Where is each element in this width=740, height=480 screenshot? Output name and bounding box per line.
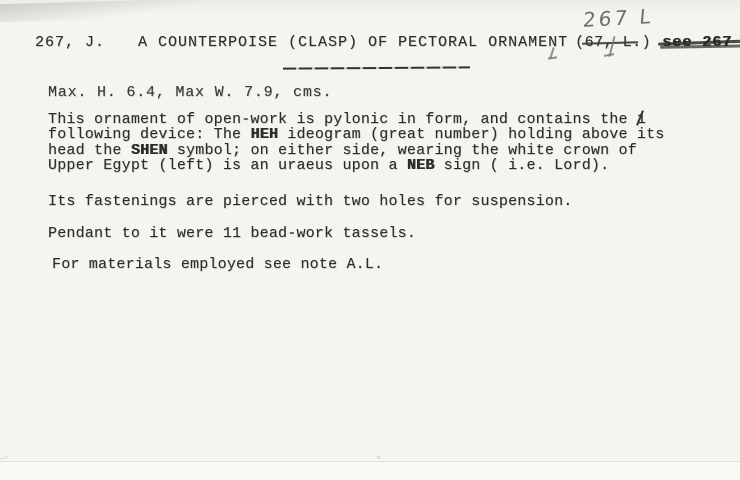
note-materials: For materials employed see note A.L. [52, 256, 383, 273]
pencil-mark [548, 56, 557, 59]
header-line: 267, J.A COUNTERPOISE (CLASP) OF PECTORA… [35, 34, 740, 51]
paper-speck [0, 456, 8, 461]
description-line-1: This ornament of open-work is pylonic in… [48, 112, 665, 127]
note-fastenings: Its fastenings are pierced with two hole… [48, 193, 572, 210]
measurements-line: Max. H. 6.4, Max W. 7.9, cms. [48, 84, 332, 101]
cancelled-character: 1 [637, 112, 646, 127]
paper-crease [0, 0, 300, 22]
card-bottom-edge [0, 461, 740, 462]
index-card: 267 L 267, J.A COUNTERPOISE (CLASP) OF P… [0, 0, 740, 480]
handwritten-annotation: 267 L [582, 4, 655, 32]
card-title: A COUNTERPOISE (CLASP) OF PECTORAL ORNAM… [138, 34, 568, 51]
catalog-number: 267, J. [35, 34, 105, 51]
note-pendant: Pendant to it were 11 bead-work tassels. [48, 225, 416, 242]
title-underline [283, 66, 470, 69]
description-line-3: head the SHEN symbol; on either side, we… [48, 143, 665, 158]
emphasized-word-neb: NEB [407, 157, 435, 174]
description-line-4: Upper Egypt (left) is an uraeus upon a N… [48, 158, 665, 173]
description-line-2: following device: The HEH ideogram (grea… [48, 127, 665, 142]
description-paragraph: This ornament of open-work is pylonic in… [48, 112, 665, 174]
see-note-crossed-out: see 267 L [662, 34, 740, 51]
reference-crossed-out: 67, L [585, 34, 633, 51]
paper-speck [377, 456, 380, 459]
